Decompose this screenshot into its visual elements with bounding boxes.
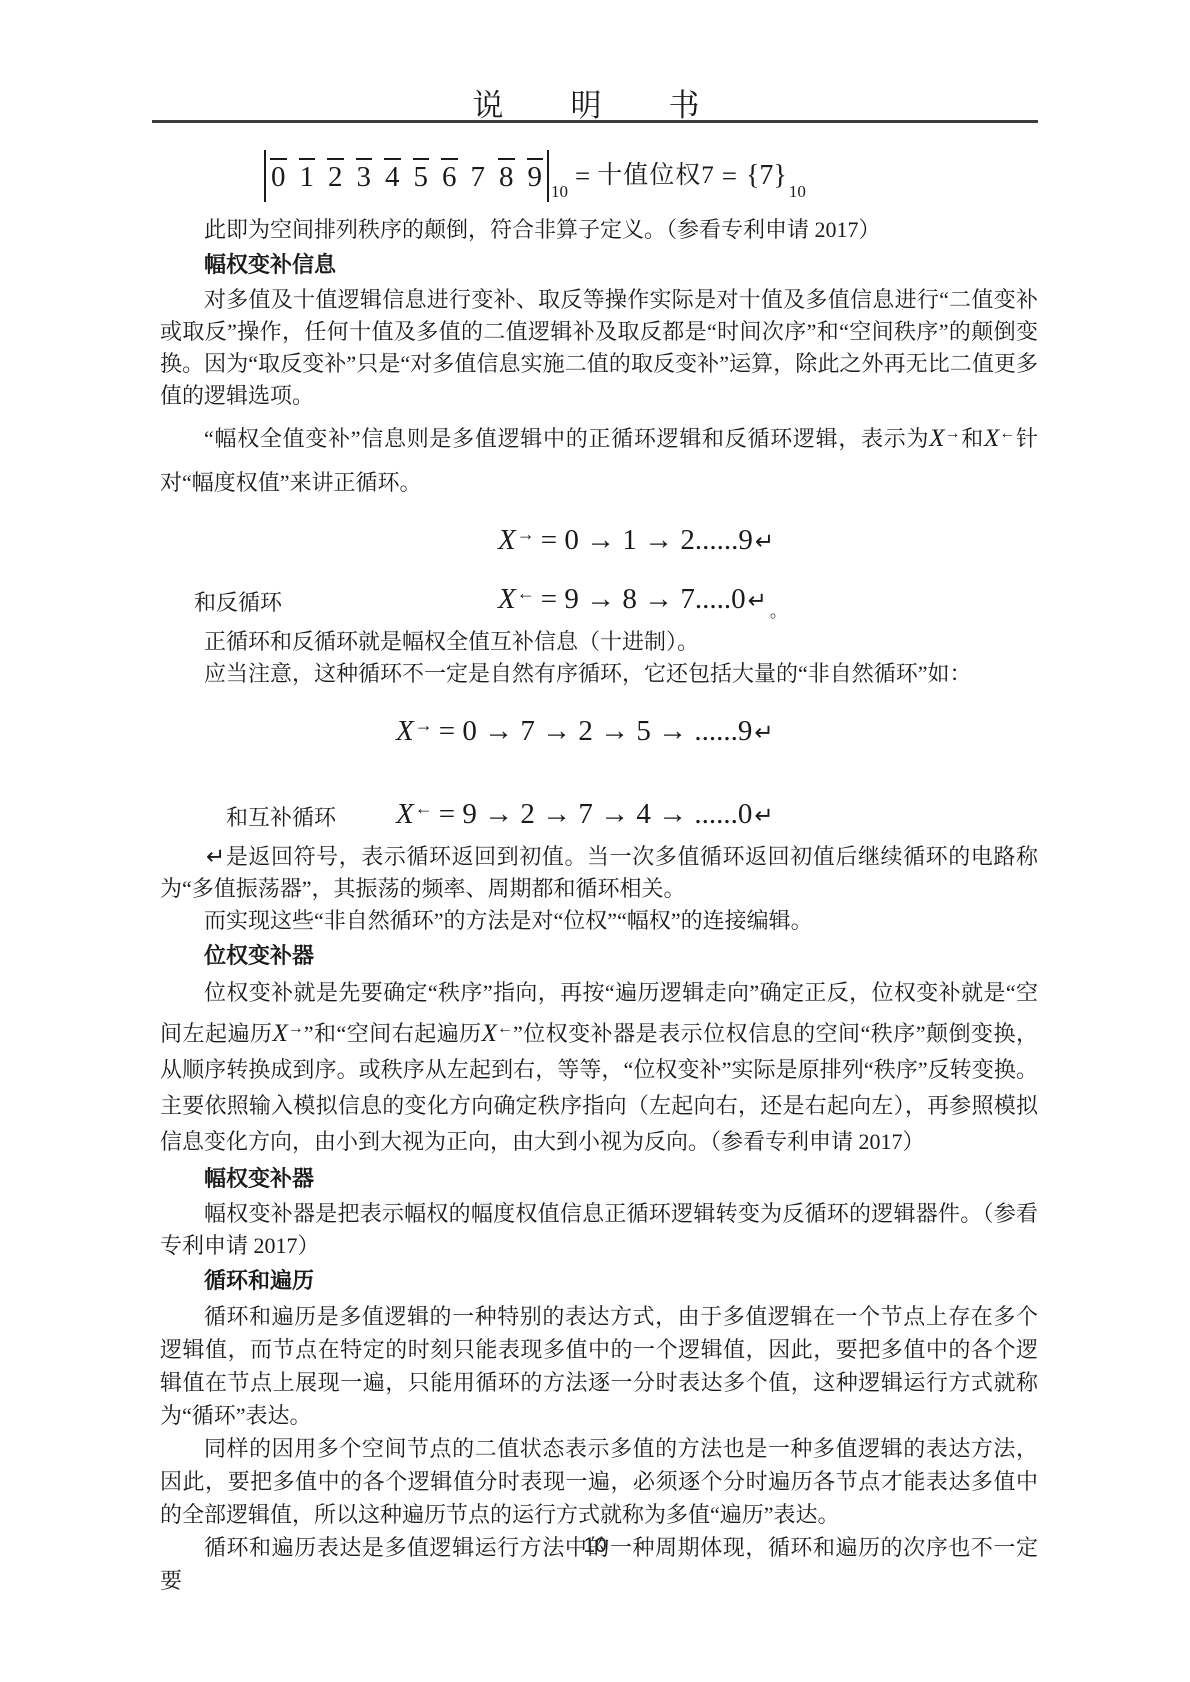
digit-overbar: 9 <box>527 158 544 194</box>
formula-non-natural-forward: X→= 0 → 7 → 2 → 5 → ......9↵ <box>396 714 1038 749</box>
section-heading-amplitude-weight-complementer: 幅权变补器 <box>160 1163 1038 1195</box>
weight-label: 十值位权7 <box>597 160 715 192</box>
digit-overbar: 3 <box>356 158 373 194</box>
return-symbol: ↵ <box>755 529 774 555</box>
subscript-base: 10 <box>551 176 568 208</box>
page-title: 说 明 书 <box>0 80 1190 125</box>
formula-label: 和反循环 <box>194 587 282 619</box>
subscript-base: 10 <box>789 176 806 208</box>
formula-row-reverse-cycle: 和反循环 X←= 9 → 8 → 7.....0↵。 <box>160 582 1038 626</box>
right-arrow-superscript: → <box>288 1020 304 1037</box>
section-heading-amplitude-complement-info: 幅权变补信息 <box>160 249 1038 281</box>
paragraph-cycle-expression: 循环和遍历是多值逻辑的一种特别的表达方式，由于多值逻辑在一个节点上存在多个逻辑值… <box>160 1300 1038 1432</box>
paragraph-full-value-complement: “幅权全值变补”信息则是多值逻辑中的正循环逻辑和反循环逻辑，表示为X→和X←针对… <box>160 412 1038 505</box>
formula-body: = 0 → 1 → 2......9 <box>541 524 753 556</box>
formula-row-complementary-cycle: 和互补循环 X←= 9 → 2 → 7 → 4 → ......0↵ <box>160 797 1038 841</box>
math-variable-x: X <box>498 524 516 556</box>
formula-forward-cycle: X→= 0 → 1 → 2......9↵ <box>498 523 1038 558</box>
math-variable-x: X <box>272 1020 287 1047</box>
paragraph-traversal-expression: 同样的因用多个空间节点的二值状态表示多值的方法也是一种多值逻辑的表达方法，因此，… <box>160 1432 1038 1531</box>
equals-sign: = <box>722 160 737 192</box>
math-variable-x: X <box>396 798 414 830</box>
right-arrow-superscript: → <box>945 425 961 442</box>
digit-overbar: 5 <box>413 158 430 194</box>
return-symbol: ↵ <box>754 720 773 746</box>
period-mark: 。 <box>770 602 787 621</box>
paragraph-position-weight-complement: 位权变补就是先要确定“秩序”指向，再按“遍历逻辑走向”确定正反，位权变补就是“空… <box>160 975 1038 1160</box>
section-heading-cycle-and-traversal: 循环和遍历 <box>160 1265 1038 1297</box>
page-content: 0 1 2 3 4 5 6 7 8 9 10 = 十值位权7 = {7} 10 … <box>160 134 1038 1597</box>
text-segment: ”和“空间右起遍历 <box>304 1021 482 1046</box>
math-variable-x: X <box>498 583 516 615</box>
equals-sign: = <box>575 160 590 192</box>
digit-overbar: 4 <box>384 158 401 194</box>
right-arrow-superscript: → <box>415 715 433 735</box>
left-arrow-superscript: ← <box>497 1020 513 1037</box>
math-variable-x: X <box>396 715 414 747</box>
paragraph-complementary-info: 正循环和反循环就是幅权全值互补信息（十进制）。 <box>160 626 1038 658</box>
paragraph-non-natural-cycles: 应当注意，这种循环不一定是自然有序循环，它还包括大量的“非自然循环”如： <box>160 658 1038 690</box>
paragraph-return-symbol: ↵是返回符号，表示循环返回到初值。当一次多值循环返回初值后继续循环的电路称为“多… <box>160 841 1038 905</box>
formula-reverse-cycle: X←= 9 → 8 → 7.....0↵。 <box>498 582 787 622</box>
value-set: {7} <box>746 160 787 192</box>
paragraph-amplitude-complementer: 幅权变补器是把表示幅权的幅度权值信息正循环逻辑转变为反循环的逻辑器件。（参看专利… <box>160 1198 1038 1262</box>
formula-body: = 0 → 7 → 2 → 5 → ......9 <box>439 715 753 747</box>
formula-body: = 9 → 2 → 7 → 4 → ......0 <box>439 798 753 830</box>
math-variable-x: X <box>984 425 999 452</box>
digit-sequence: 0 1 2 3 4 5 6 7 8 9 <box>266 158 547 194</box>
left-arrow-superscript: ← <box>415 798 433 818</box>
page-number: 10 <box>0 1534 1190 1558</box>
formula-complementary-cycle: X←= 9 → 2 → 7 → 4 → ......0↵ <box>396 797 774 832</box>
text-segment: ”位权变补器是表示位权信息的空间“秩序”颠倒变换，从顺序转换成到序。或秩序从左起… <box>160 1021 1038 1154</box>
text-segment: “幅权全值变补”信息则是多值逻辑中的正循环逻辑和反循环逻辑，表示为 <box>204 426 929 451</box>
digit-plain: 7 <box>470 158 487 194</box>
return-symbol: ↵ <box>754 803 773 829</box>
section-heading-position-weight-complementer: 位权变补器 <box>160 940 1038 972</box>
left-arrow-superscript: ← <box>517 583 535 603</box>
left-arrow-superscript: ← <box>999 425 1015 442</box>
digit-overbar: 0 <box>270 158 287 194</box>
text-segment: 和 <box>961 426 984 451</box>
digit-overbar: 2 <box>327 158 344 194</box>
text-segment: 是返回符号，表示循环返回到初值。当一次多值循环返回初值后继续循环的电路称为“多值… <box>160 844 1038 901</box>
digit-overbar: 6 <box>441 158 458 194</box>
formula-ten-value-weight: 0 1 2 3 4 5 6 7 8 9 10 = 十值位权7 = {7} 10 <box>264 146 1038 206</box>
digit-overbar: 1 <box>299 158 316 194</box>
math-variable-x: X <box>482 1020 497 1047</box>
header-rule <box>152 120 1038 123</box>
right-arrow-superscript: → <box>517 524 535 544</box>
paragraph-connection-editing: 而实现这些“非自然循环”的方法是对“位权”“幅权”的连接编辑。 <box>160 905 1038 937</box>
math-variable-x: X <box>929 425 944 452</box>
return-symbol: ↵ <box>206 844 225 870</box>
digit-overbar: 8 <box>498 158 515 194</box>
paragraph-complement-operations: 对多值及十值逻辑信息进行变补、取反等操作实际是对十值及多值信息进行“二值变补或取… <box>160 284 1038 412</box>
paragraph-order-inversion: 此即为空间排列秩序的颠倒，符合非算子定义。（参看专利申请 2017） <box>160 214 1038 246</box>
patent-specification-page: 说 明 书 0 1 2 3 4 5 6 7 8 9 10 = 十值位权7 = {… <box>0 0 1190 1682</box>
formula-body: = 9 → 8 → 7.....0 <box>541 583 746 615</box>
right-bar <box>547 150 549 202</box>
formula-label: 和互补循环 <box>226 802 336 834</box>
return-symbol: ↵ <box>748 588 767 614</box>
